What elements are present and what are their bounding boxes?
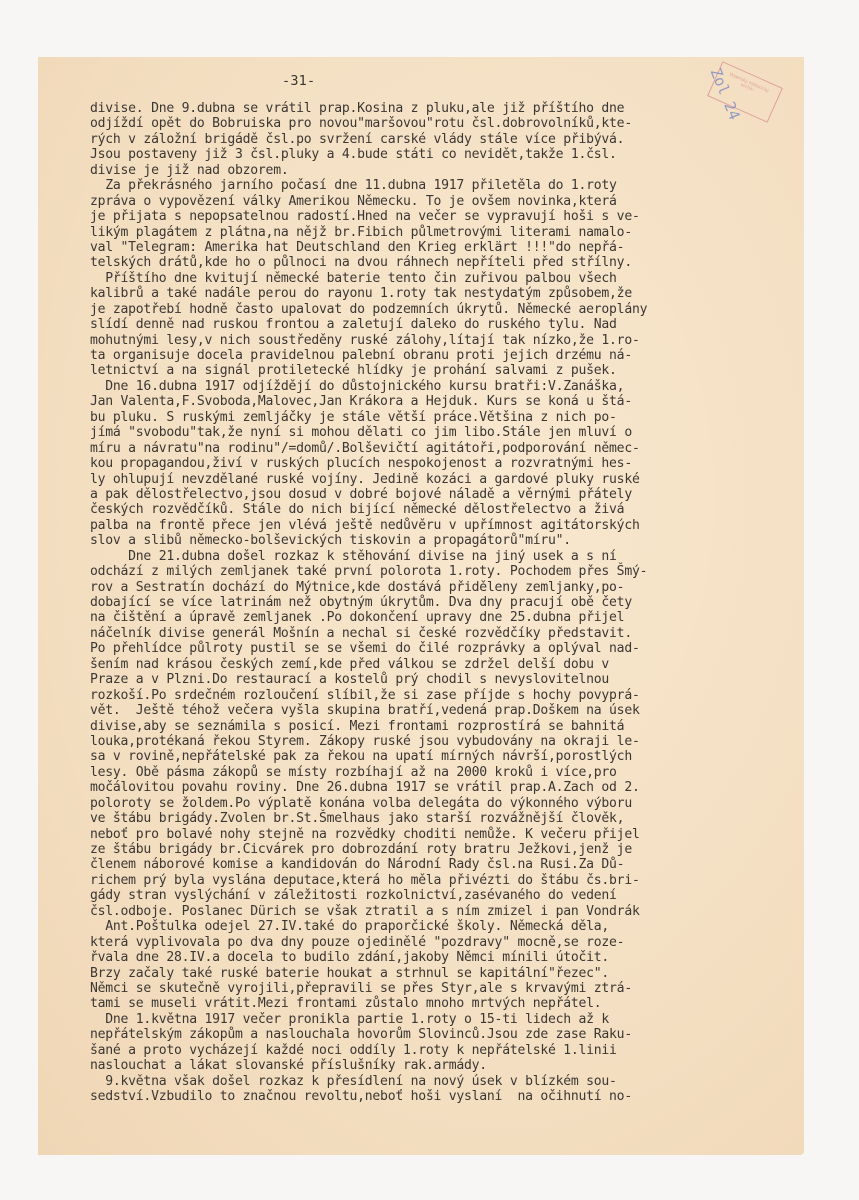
text-line: tami se museli vrátit.Mezi frontami zůst…	[90, 996, 790, 1011]
text-line: členem náborové komise a kandidován do N…	[90, 857, 790, 872]
text-line: kalibrů a také nadále perou do rayonu 1.…	[90, 286, 790, 301]
text-line: rých v záložní brigádě čsl.po svržení ca…	[90, 132, 790, 147]
text-line: bu pluku. S ruskými zemljáčky je stále v…	[90, 410, 790, 425]
text-line: Němci se skutečně vyrojili,přepravili se…	[90, 981, 790, 996]
text-line: Dne 21.dubna došel rozkaz k stěhování di…	[90, 549, 790, 564]
text-line: šením nad krásou českých zemí,kde před v…	[90, 657, 790, 672]
text-line: sedství.Vzbudilo to značnou revoltu,nebo…	[90, 1089, 790, 1104]
text-line: palba na frontě přece jen vlévá ještě ne…	[90, 518, 790, 533]
text-line: rov a Sestratín dochází do Mýtnice,kde d…	[90, 580, 790, 595]
text-line: kou propagandou,živí v ruských plucích n…	[90, 456, 790, 471]
text-line: Příštího dne kvitují německé baterie ten…	[90, 271, 790, 286]
document-body: divise. Dne 9.dubna se vrátil prap.Kosin…	[90, 101, 790, 1104]
text-line: náčelník divise generál Mošnín a nechal …	[90, 626, 790, 641]
text-line: nepřátelským zákopům a naslouchala hovor…	[90, 1027, 790, 1042]
text-line: čsl.odboje. Poslanec Dürich se však ztra…	[90, 904, 790, 919]
text-line: zpráva o vypovězení války Amerikou Němec…	[90, 194, 790, 209]
text-line: divise,aby se seznámila s posicí. Mezi f…	[90, 719, 790, 734]
text-line: ly ohlupují nevzdělané ruské vojíny. Jed…	[90, 472, 790, 487]
text-line: která vyplivovala po dva dny pouze ojedi…	[90, 935, 790, 950]
text-line: Praze a v Plzni.Do restaurací a kostelů …	[90, 672, 790, 687]
text-line: telských drátů,kde ho o půlnoci na dvou …	[90, 255, 790, 270]
text-line: jímá "svobodu"tak,že nyní si mohou dělat…	[90, 425, 790, 440]
text-line: slídí denně nad ruskou frontou a zaletuj…	[90, 317, 790, 332]
text-line: ze štábu brigády br.Cicvárek pro dobrozd…	[90, 842, 790, 857]
text-line: odchází z milých zemljanek také první po…	[90, 564, 790, 579]
page-number: -31-	[282, 73, 315, 89]
text-line: na čištění a úpravě zemljanek .Po dokonč…	[90, 610, 790, 625]
text-line: likým plagátem z plátna,na nějž br.Fibic…	[90, 225, 790, 240]
text-line: Dne 1.května 1917 večer pronikla partie …	[90, 1012, 790, 1027]
text-line: gády stran vyslýchání v záležitosti rozk…	[90, 888, 790, 903]
text-line: 9.května však došel rozkaz k přesídlení …	[90, 1074, 790, 1089]
text-line: neboť pro bolavé nohy stejně na rozvědky…	[90, 827, 790, 842]
text-line: rozkoší.Po srdečném rozloučení slíbil,že…	[90, 688, 790, 703]
text-line: Jsou postaveny již 3 čsl.pluky a 4.bude …	[90, 147, 790, 162]
text-line: louka,protékaná řekou Styrem. Zákopy rus…	[90, 734, 790, 749]
text-line: ve štábu brigády.Zvolen br.St.Šmelhaus j…	[90, 811, 790, 826]
text-line: divise je již nad obzorem.	[90, 163, 790, 178]
text-line: mohutnými lesy,v nich soustředěny ruské …	[90, 333, 790, 348]
text-line: richem prý byla vyslána deputace,která h…	[90, 873, 790, 888]
text-line: slov a slibů německo-bolševických tiskov…	[90, 533, 790, 548]
text-line: Ant.Poštulka odejel 27.IV.také do prapor…	[90, 919, 790, 934]
text-line: odjíždí opět do Bobruiska pro novou"marš…	[90, 116, 790, 131]
text-line: lesy. Obě pásma zákopů se místy rozbíhaj…	[90, 765, 790, 780]
text-line: naslouchat a lákat slovanské příslušníky…	[90, 1058, 790, 1073]
text-line: ta organisuje docela pravidelnou palební…	[90, 348, 790, 363]
text-line: je přijata s nepopsatelnou radostí.Hned …	[90, 209, 790, 224]
text-line: míru a návratu"na rodinu"/=domů/.Bolševi…	[90, 441, 790, 456]
text-line: vět. Ještě téhož večera vyšla skupina br…	[90, 703, 790, 718]
text-line: šané a proto vycházejí každé noci oddíly…	[90, 1043, 790, 1058]
text-line: močálovitou povahu roviny. Dne 26.dubna …	[90, 780, 790, 795]
text-line: Jan Valenta,F.Svoboda,Malovec,Jan Krákor…	[90, 394, 790, 409]
text-line: letnictví a na signál protiletecké hlídk…	[90, 363, 790, 378]
text-line: a pak dělostřelectvo,jsou dosud v dobré …	[90, 487, 790, 502]
text-line: Dne 16.dubna 1917 odjíždějí do důstojnic…	[90, 379, 790, 394]
text-line: dobající se více latrinám než obytným úk…	[90, 595, 790, 610]
text-line: řvala dne 28.IV.a docela to budilo zdání…	[90, 950, 790, 965]
text-line: je zapotřebí hodně často upalovat do pod…	[90, 302, 790, 317]
text-line: divise. Dne 9.dubna se vrátil prap.Kosin…	[90, 101, 790, 116]
text-line: českých rozvědčíků. Stále do nich bijící…	[90, 502, 790, 517]
text-line: Po přehlídce půlroty pustil se se všemi …	[90, 641, 790, 656]
text-line: sa v rovině,nepřátelské pak za řekou na …	[90, 749, 790, 764]
text-line: Brzy začaly také ruské baterie houkat a …	[90, 966, 790, 981]
text-line: Za překrásného jarního počasí dne 11.dub…	[90, 178, 790, 193]
text-line: val "Telegram: Amerika hat Deutschland d…	[90, 240, 790, 255]
text-line: poloroty se žoldem.Po výplatě konána vol…	[90, 796, 790, 811]
